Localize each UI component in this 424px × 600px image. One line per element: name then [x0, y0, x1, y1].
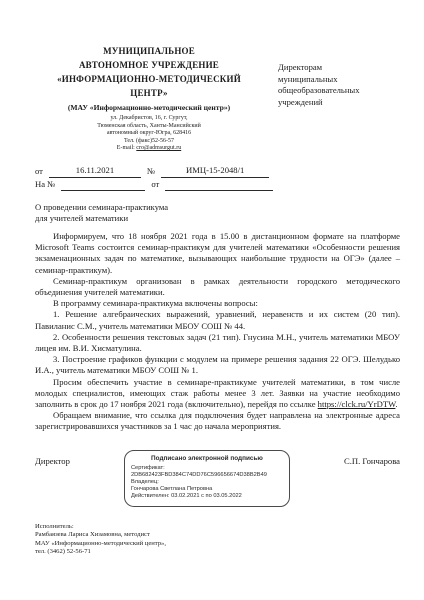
signature-position: Директор [35, 456, 70, 466]
body-text-after-link: . [395, 399, 397, 409]
addressee-line: муниципальных [278, 74, 400, 86]
ref-from-label: от [35, 165, 43, 178]
stamp-owner-label: Владелец: [131, 479, 283, 486]
executor-footer: Исполнитель: Рамбаязева Лариса Хизамовна… [35, 523, 400, 557]
addressee-line: Директорам [278, 62, 400, 74]
org-address-line: ул. Декабристов, 16, г. Сургут, [35, 115, 263, 123]
stamp-cert-label: Сертификат: [131, 465, 283, 472]
body-paragraph: Информируем, что 18 ноября 2021 года в 1… [35, 231, 400, 276]
org-phone-line: Тел. (факс)52-56-57 [35, 138, 263, 146]
org-address-line: автономный округ-Югра, 628416 [35, 130, 263, 138]
letter-body: Информируем, что 18 ноября 2021 года в 1… [35, 231, 400, 433]
email-link[interactable]: cro@admsurgut.ru [136, 145, 181, 151]
stamp-cert-value: 2DB682423FBD384C74DD76C596656674D38B2B49 [131, 472, 283, 479]
body-paragraph: Обращаем внимание, что ссылка для подклю… [35, 410, 400, 432]
ref-reply-date-field [165, 190, 273, 191]
org-short-name: (МАУ «Информационно-методический центр») [35, 103, 263, 113]
body-paragraph: В программу семинара-практикума включены… [35, 298, 400, 309]
addressee-line: учреждений [278, 97, 400, 109]
stamp-validity: Действителен: 03.02.2021 с по 03.05.2022 [131, 493, 283, 500]
reference-block: от 16.11.2021 № ИМЦ-15-2048/1 На № от [35, 164, 287, 191]
org-block: МУНИЦИПАЛЬНОЕ АВТОНОМНОЕ УЧРЕЖДЕНИЕ «ИНФ… [35, 44, 263, 153]
ref-reply-label: На № [35, 178, 55, 191]
subject-block: О проведении семинара-практикума для учи… [35, 202, 400, 224]
body-paragraph: Просим обеспечить участие в семинаре-пра… [35, 377, 400, 411]
letterhead: МУНИЦИПАЛЬНОЕ АВТОНОМНОЕ УЧРЕЖДЕНИЕ «ИНФ… [35, 44, 400, 153]
letter-page: МУНИЦИПАЛЬНОЕ АВТОНОМНОЕ УЧРЕЖДЕНИЕ «ИНФ… [0, 0, 424, 600]
org-name-line: АВТОНОМНОЕ УЧРЕЖДЕНИЕ [35, 58, 263, 72]
org-name-line: «ИНФОРМАЦИОННО-МЕТОДИЧЕСКИЙ [35, 72, 263, 86]
body-paragraph: 3. Построение графиков функции с модулем… [35, 354, 400, 376]
signature-name: С.П. Гончарова [344, 456, 400, 466]
executor-org: МАУ «Информационно-методический центр», [35, 540, 400, 549]
reference-row-reply: На № от [35, 178, 287, 191]
stamp-title: Подписано электронной подписью [131, 455, 283, 463]
ref-number-field: ИМЦ-15-2048/1 [161, 164, 269, 178]
reference-row-outgoing: от 16.11.2021 № ИМЦ-15-2048/1 [35, 164, 287, 178]
ref-date-field: 16.11.2021 [49, 164, 141, 178]
org-name-line: МУНИЦИПАЛЬНОЕ [35, 44, 263, 58]
email-label: E-mail: [117, 145, 135, 151]
ref-reply-from-label: от [151, 178, 159, 191]
body-paragraph: 1. Решение алгебраических выражений, ура… [35, 309, 400, 331]
org-email-line: E-mail: cro@admsurgut.ru [35, 145, 263, 153]
registration-link[interactable]: https://clck.ru/YrDTW [318, 399, 396, 409]
body-paragraph: Семинар-практикум организован в рамках д… [35, 276, 400, 298]
signature-row: Директор Подписано электронной подписью … [35, 450, 400, 507]
addressee-line: общеобразовательных [278, 85, 400, 97]
subject-line: для учителей математики [35, 213, 400, 224]
e-signature-stamp: Подписано электронной подписью Сертифика… [124, 450, 290, 507]
addressee-block: Директорам муниципальных общеобразовател… [278, 62, 400, 153]
ref-number-label: № [147, 165, 155, 178]
body-paragraph: 2. Особенности решения текстовых задач (… [35, 332, 400, 354]
org-name-line: ЦЕНТР» [35, 86, 263, 100]
executor-phone: тел. (3462) 52-56-71 [35, 548, 400, 557]
executor-label: Исполнитель: [35, 523, 400, 532]
executor-name: Рамбаязева Лариса Хизамовна, методист [35, 531, 400, 540]
subject-line: О проведении семинара-практикума [35, 202, 400, 213]
ref-reply-number-field [61, 190, 145, 191]
